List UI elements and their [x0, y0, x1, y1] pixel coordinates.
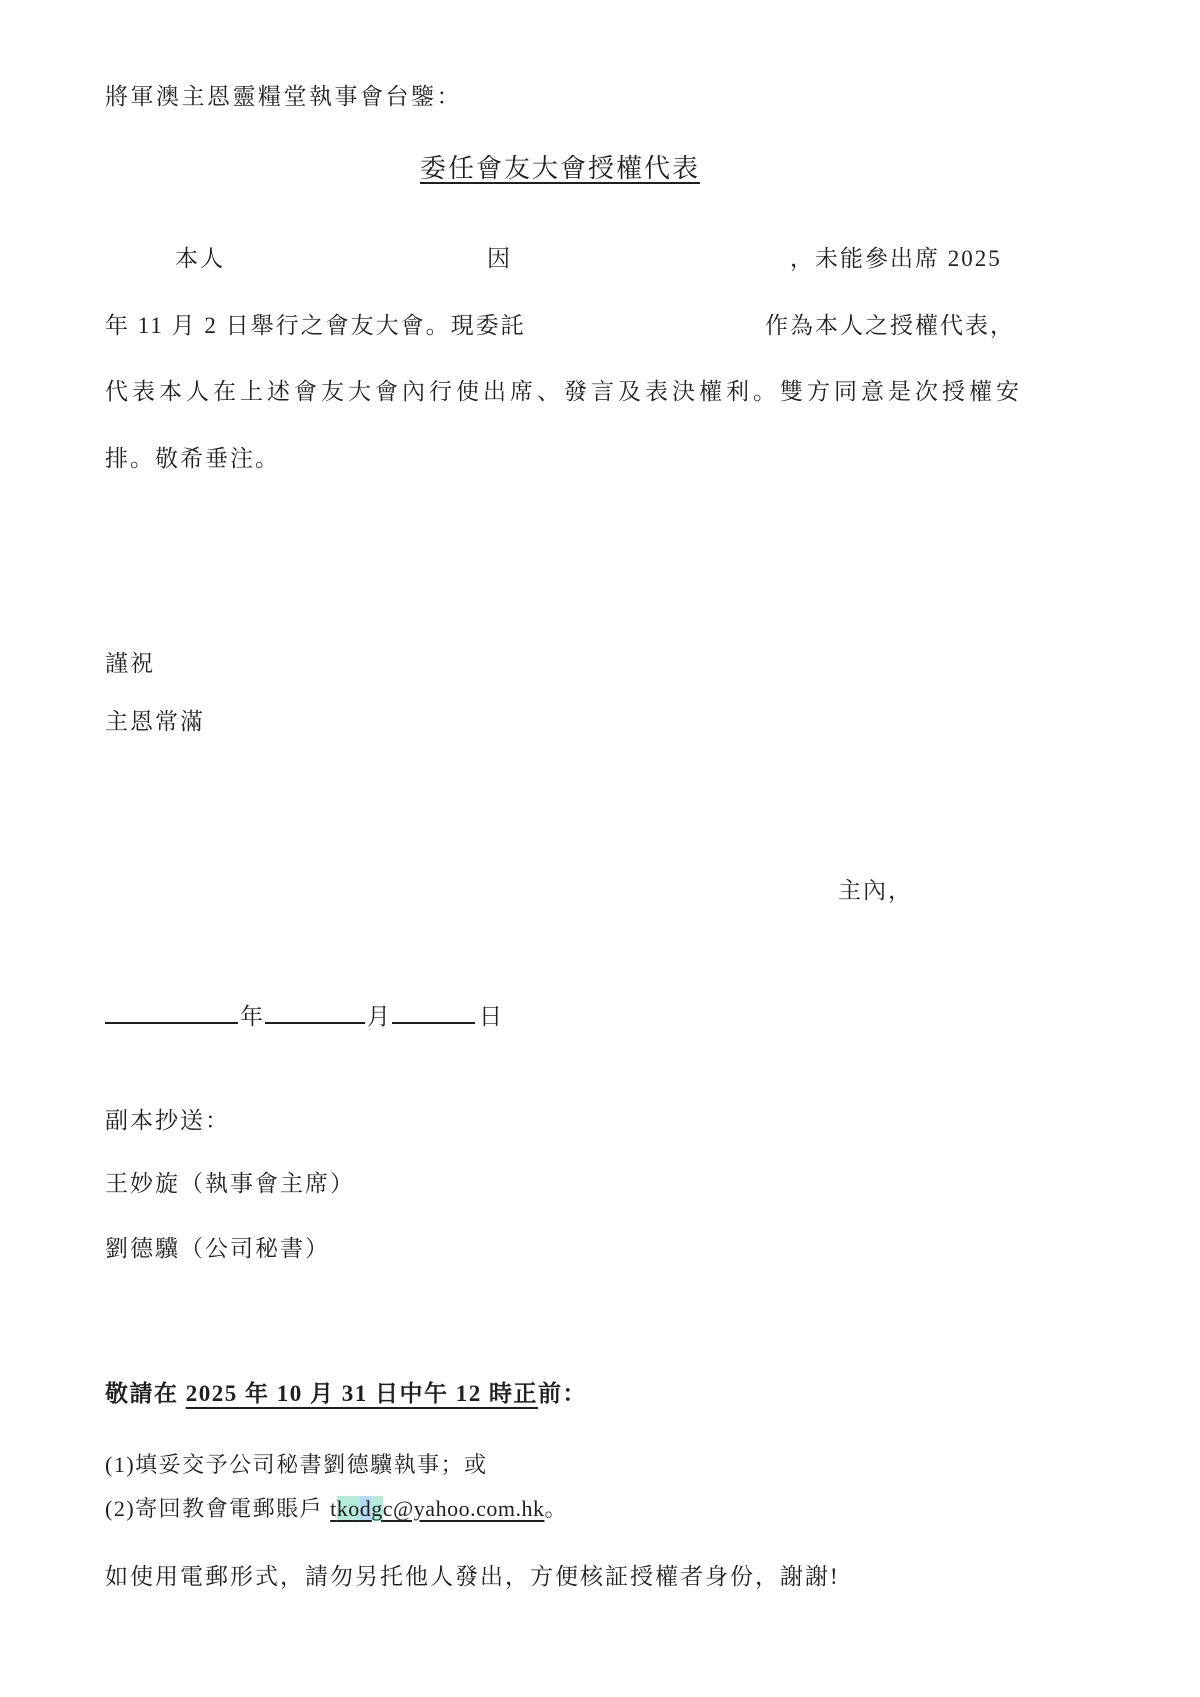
deadline-suffix: 前：	[538, 1381, 587, 1406]
signature-date-line: 年月日	[105, 998, 504, 1031]
instruction-item-1: (1)填妥交予公司秘書劉德驥執事；或	[105, 1448, 488, 1479]
email-domain: @yahoo.com.hk	[393, 1496, 544, 1521]
email-part: c	[383, 1496, 393, 1521]
text-unable-attend: ，未能參出席 2025	[790, 240, 1002, 273]
paragraph-line-3: 代表本人在上述會友大會內行使出席、發言及表決權利。雙方同意是次授權安	[105, 373, 1023, 406]
deadline-date: 2025 年 10 月 31 日中午 12 時正	[186, 1381, 538, 1406]
document-page: 將軍澳主恩靈糧堂執事會台鑒： 委任會友大會授權代表 本人 因 ，未能參出席 20…	[0, 0, 1200, 1697]
church-email-link[interactable]: tkodgc@yahoo.com.hk	[330, 1496, 544, 1521]
email-part-highlighted: d	[360, 1496, 372, 1521]
deadline-line: 敬請在 2025 年 10 月 31 日中午 12 時正前：	[105, 1375, 587, 1408]
email-part-highlighted: g	[371, 1496, 383, 1521]
blessing-line-1: 謹祝	[105, 645, 155, 678]
in-lord-line: 主內，	[838, 872, 913, 905]
text-as-proxy: 作為本人之授權代表，	[765, 307, 1015, 340]
paragraph-line-2: 年 11 月 2 日舉行之會友大會。現委託 作為本人之授權代表，	[0, 307, 1200, 337]
day-label: 日	[477, 1004, 504, 1029]
email-part-highlighted: ko	[337, 1496, 360, 1521]
blessing-line-2: 主恩常滿	[105, 703, 205, 736]
salutation-line: 將軍澳主恩靈糧堂執事會台鑒：	[105, 78, 462, 111]
paragraph-line-4: 排。敬希垂注。	[105, 440, 280, 473]
text-meeting-date: 年 11 月 2 日舉行之會友大會。現委託	[105, 307, 526, 340]
email-part: t	[330, 1496, 337, 1521]
cc-label: 副本抄送：	[105, 1102, 230, 1135]
deadline-prefix: 敬請在	[105, 1381, 186, 1406]
month-blank-field[interactable]	[265, 998, 365, 1024]
instruction-item-2: (2)寄回教會電郵賬戶 tkodgc@yahoo.com.hk。	[105, 1492, 568, 1523]
instruction-item-2-text: (2)寄回教會電郵賬戶	[105, 1496, 330, 1521]
month-label: 月	[365, 1004, 392, 1029]
email-verification-note: 如使用電郵形式，請勿另托他人發出，方便核証授權者身份，謝謝!	[105, 1558, 840, 1591]
year-label: 年	[238, 1004, 265, 1029]
day-blank-field[interactable]	[392, 998, 475, 1024]
document-title: 委任會友大會授權代表	[420, 154, 700, 183]
paragraph-line-1: 本人 因 ，未能參出席 2025	[0, 240, 1200, 270]
text-self: 本人	[175, 240, 225, 273]
year-blank-field[interactable]	[105, 998, 238, 1024]
cc-name-chairman: 王妙旋（執事會主席）	[105, 1165, 355, 1198]
instruction-item-2-period: 。	[544, 1496, 568, 1521]
text-because: 因	[487, 240, 512, 273]
title-row: 委任會友大會授權代表	[105, 148, 1015, 185]
cc-name-secretary: 劉德驥（公司秘書）	[105, 1230, 330, 1263]
